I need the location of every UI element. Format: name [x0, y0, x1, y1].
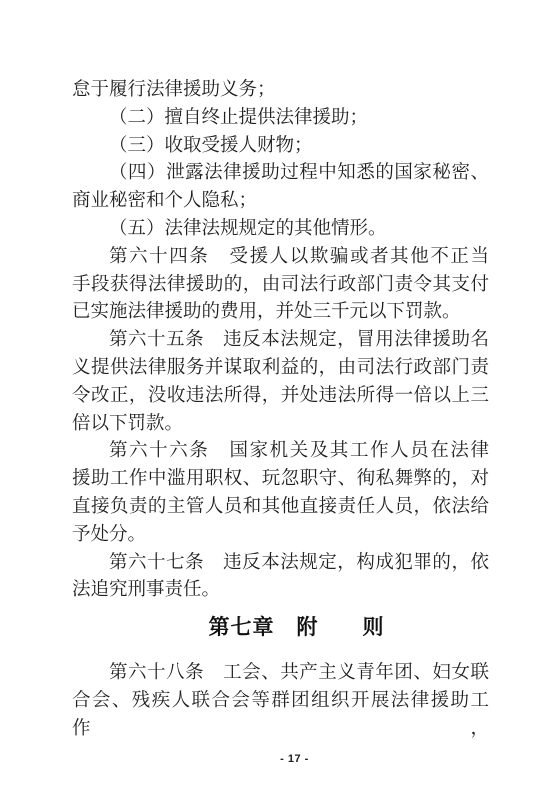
paragraph-line: 令改正，没收违法所得，并处违法所得一倍以上三 — [72, 383, 489, 411]
paragraph: 怠于履行法律援助义务； — [72, 77, 489, 105]
page-number: - 17 - — [86, 746, 503, 774]
paragraph-line: 第六十七条 违反本法规定，构成犯罪的，依 — [72, 550, 489, 578]
paragraph-line: 予处分。 — [72, 522, 489, 550]
paragraph: （三）收取受援人财物； — [72, 133, 489, 161]
paragraph-line: 第六十八条 工会、共产主义青年团、妇女联 — [72, 660, 489, 688]
paragraph: （五）法律法规规定的其他情形。 — [72, 216, 489, 244]
paragraph-line: 直接负责的主管人员和其他直接责任人员，依法给 — [72, 494, 489, 522]
paragraph-line: 义提供法律服务并谋取利益的，由司法行政部门责 — [72, 355, 489, 383]
chapter-heading: 第七章 附 则 — [88, 614, 505, 642]
paragraph-line: （五）法律法规规定的其他情形。 — [72, 216, 489, 244]
paragraph-line: 第六十四条 受援人以欺骗或者其他不正当 — [72, 244, 489, 272]
paragraph-line: （四）泄露法律援助过程中知悉的国家秘密、 — [72, 160, 489, 188]
paragraph-line: 倍以下罚款。 — [72, 411, 489, 439]
paragraph-line: 商业秘密和个人隐私； — [72, 188, 489, 216]
paragraph-line: （三）收取受援人财物； — [72, 133, 489, 161]
paragraph-article-67: 第六十七条 违反本法规定，构成犯罪的，依 法追究刑事责任。 — [72, 550, 489, 606]
paragraph-line: 第六十五条 违反本法规定，冒用法律援助名 — [72, 327, 489, 355]
paragraph-article-68: 第六十八条 工会、共产主义青年团、妇女联 合会、残疾人联合会等群团组织开展法律援… — [72, 660, 489, 743]
paragraph-article-64: 第六十四条 受援人以欺骗或者其他不正当 手段获得法律援助的，由司法行政部门责令其… — [72, 244, 489, 327]
paragraph-line: 怠于履行法律援助义务； — [72, 77, 489, 105]
paragraph-line: 援助工作中滥用职权、玩忽职守、徇私舞弊的，对 — [72, 466, 489, 494]
paragraph-line: 合会、残疾人联合会等群团组织开展法律援助工作， — [72, 688, 489, 744]
paragraph-line: 第六十六条 国家机关及其工作人员在法律 — [72, 438, 489, 466]
paragraph: （四）泄露法律援助过程中知悉的国家秘密、 商业秘密和个人隐私； — [72, 160, 489, 216]
paragraph-line: （二）擅自终止提供法律援助； — [72, 105, 489, 133]
paragraph-line: 手段获得法律援助的，由司法行政部门责令其支付 — [72, 272, 489, 300]
paragraph-article-65: 第六十五条 违反本法规定，冒用法律援助名 义提供法律服务并谋取利益的，由司法行政… — [72, 327, 489, 438]
paragraph: （二）擅自终止提供法律援助； — [72, 105, 489, 133]
paragraph-article-66: 第六十六条 国家机关及其工作人员在法律 援助工作中滥用职权、玩忽职守、徇私舞弊的… — [72, 438, 489, 549]
document-page: 怠于履行法律援助义务； （二）擅自终止提供法律援助； （三）收取受援人财物； （… — [0, 0, 559, 793]
paragraph-line: 已实施法律援助的费用，并处三千元以下罚款。 — [72, 299, 489, 327]
paragraph-line: 法追究刑事责任。 — [72, 577, 489, 605]
document-body: 怠于履行法律援助义务； （二）擅自终止提供法律援助； （三）收取受援人财物； （… — [72, 77, 489, 773]
